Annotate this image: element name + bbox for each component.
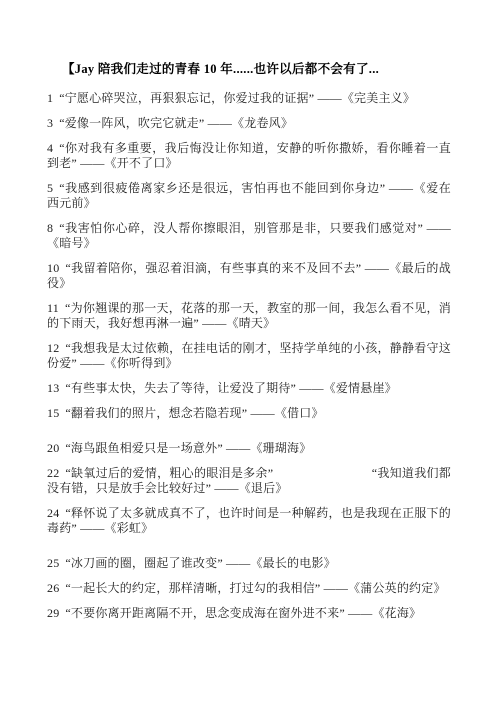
quote-text: “我感到很疲倦离家乡还是很远，害怕再也不能回到你身边” ——《爱在西元前》 xyxy=(47,181,451,210)
quote-number: 22 xyxy=(47,466,59,481)
quote-text: “一起长大的约定，那样清晰，打过勾的我相信” ——《蒲公英的约定》 xyxy=(65,581,445,595)
quote-text: “海鸟跟鱼相爱只是一场意外” ——《珊瑚海》 xyxy=(65,441,311,455)
quote-item: 8“我害怕你心碎，没人帮你擦眼泪，别管那是非，只要我们感觉对” ——《暗号》 xyxy=(47,221,451,251)
quote-text: “我害怕你心碎，没人帮你擦眼泪，别管那是非，只要我们感觉对” ——《暗号》 xyxy=(47,221,451,250)
quote-item: 29“不要你离开距离隔不开，思念变成海在窗外进不来” ——《花海》 xyxy=(47,606,451,621)
quote-item: 13“有些事太快，失去了等待，让爱没了期待” ——《爱情悬崖》 xyxy=(47,381,451,396)
quote-item: 11“为你翘课的那一天，花落的那一天，教室的那一间，我怎么看不见，消的下雨天，我… xyxy=(47,301,451,331)
quote-number: 1 xyxy=(47,91,53,106)
quote-text: “翻着我们的照片，想念若隐若现” ——《借口》 xyxy=(65,406,323,420)
quote-number: 24 xyxy=(47,506,59,521)
quote-item: 12“我想我是太过依赖，在挂电话的刚才，坚持学单纯的小孩，静静看守这份爱” ——… xyxy=(47,341,451,371)
quote-number: 20 xyxy=(47,441,59,456)
quote-number: 26 xyxy=(47,581,59,596)
quote-number: 12 xyxy=(47,341,59,356)
quote-item: 22“缺氧过后的爱情，粗心的眼泪是多余” “我知道我们都没有错，只是放手会比较好… xyxy=(47,466,451,496)
quote-item: 5“我感到很疲倦离家乡还是很远，害怕再也不能回到你身边” ——《爱在西元前》 xyxy=(47,181,451,211)
quote-item: 1“宁愿心碎哭泣，再狠狠忘记，你爱过我的证据” ——《完美主义》 xyxy=(47,91,451,106)
quote-item: 4“你对我有多重要，我后悔没让你知道，安静的听你撒娇，看你睡着一直到老” ——《… xyxy=(47,141,451,171)
quote-text: “有些事太快，失去了等待，让爱没了期待” ——《爱情悬崖》 xyxy=(65,381,396,395)
quote-number: 5 xyxy=(47,181,53,196)
quote-text: “宁愿心碎哭泣，再狠狠忘记，你爱过我的证据” ——《完美主义》 xyxy=(59,91,415,105)
quote-number: 3 xyxy=(47,116,53,131)
quote-number: 15 xyxy=(47,406,59,421)
quote-item: 15“翻着我们的照片，想念若隐若现” ——《借口》 xyxy=(47,406,451,421)
quote-number: 4 xyxy=(47,141,53,156)
quote-number: 13 xyxy=(47,381,59,396)
quote-number: 29 xyxy=(47,606,59,621)
quote-list: 1“宁愿心碎哭泣，再狠狠忘记，你爱过我的证据” ——《完美主义》 3“爱像一阵风… xyxy=(47,91,451,621)
quote-number: 8 xyxy=(47,221,53,236)
quote-item: 20“海鸟跟鱼相爱只是一场意外” ——《珊瑚海》 xyxy=(47,441,451,456)
quote-number: 11 xyxy=(47,301,59,316)
quote-text: “缺氧过后的爱情，粗心的眼泪是多余” “我知道我们都没有错，只是放手会比较好过”… xyxy=(47,466,451,495)
document-page: 【Jay 陪我们走过的青春 10 年......也许以后都不会有了... 1“宁… xyxy=(47,62,451,631)
quote-text: “释怀说了太多就成真不了，也许时间是一种解药，也是我现在正服下的毒药” ——《彩… xyxy=(47,506,451,535)
quote-text: “爱像一阵风，吹完它就走” ——《龙卷风》 xyxy=(59,116,293,130)
quote-item: 3“爱像一阵风，吹完它就走” ——《龙卷风》 xyxy=(47,116,451,131)
quote-item: 24“释怀说了太多就成真不了，也许时间是一种解药，也是我现在正服下的毒药” ——… xyxy=(47,506,451,536)
quote-text: “不要你离开距离隔不开，思念变成海在窗外进不来” ——《花海》 xyxy=(65,606,421,620)
quote-text: “冰刀画的圈，圈起了谁改变” ——《最长的电影》 xyxy=(65,556,335,570)
quote-text: “我留着陪你，强忍着泪滴，有些事真的来不及回不去” ——《最后的战役》 xyxy=(47,261,451,290)
quote-text: “我想我是太过依赖，在挂电话的刚才，坚持学单纯的小孩，静静看守这份爱” ——《你… xyxy=(47,341,451,370)
quote-item: 10“我留着陪你，强忍着泪滴，有些事真的来不及回不去” ——《最后的战役》 xyxy=(47,261,451,291)
quote-number: 25 xyxy=(47,556,59,571)
quote-number: 10 xyxy=(47,261,59,276)
document-title: 【Jay 陪我们走过的青春 10 年......也许以后都不会有了... xyxy=(62,62,451,77)
quote-text: “为你翘课的那一天，花落的那一天，教室的那一间，我怎么看不见，消的下雨天，我好想… xyxy=(47,301,451,330)
quote-item: 25“冰刀画的圈，圈起了谁改变” ——《最长的电影》 xyxy=(47,556,451,571)
quote-item: 26“一起长大的约定，那样清晰，打过勾的我相信” ——《蒲公英的约定》 xyxy=(47,581,451,596)
quote-text: “你对我有多重要，我后悔没让你知道，安静的听你撒娇，看你睡着一直到老” ——《开… xyxy=(47,141,451,170)
